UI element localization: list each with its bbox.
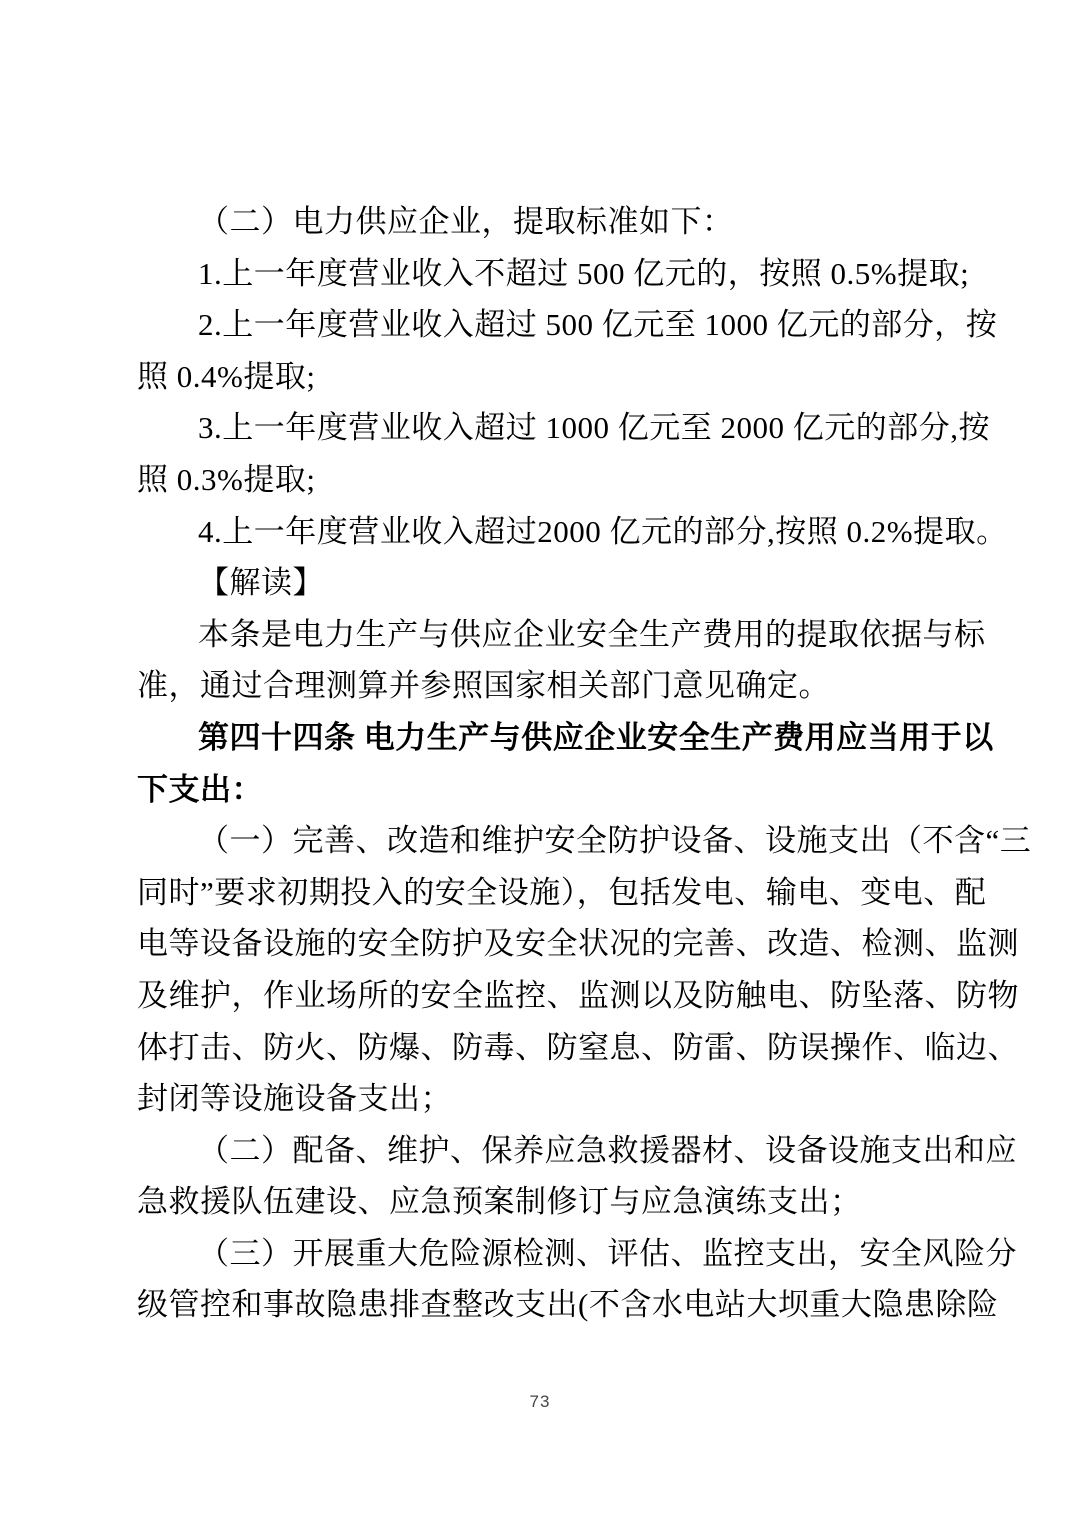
text-line: 封闭等设施设备支出； <box>137 1073 957 1125</box>
text-line: 准，通过合理测算并参照国家相关部门意见确定。 <box>137 660 957 712</box>
text-line: 照 0.4%提取; <box>137 351 957 403</box>
text-line: 第四十四条 电力生产与供应企业安全生产费用应当用于以 <box>137 712 957 764</box>
paragraph: （三）开展重大危险源检测、评估、监控支出，安全风险分级管控和事故隐患排查整改支出… <box>137 1228 957 1331</box>
text-line: （二）电力供应企业，提取标准如下： <box>137 196 957 248</box>
paragraph: （二）电力供应企业，提取标准如下： <box>137 196 957 248</box>
document-page: （二）电力供应企业，提取标准如下：1.上一年度营业收入不超过 500 亿元的，按… <box>0 0 1080 1527</box>
text-line: 3.上一年度营业收入超过 1000 亿元至 2000 亿元的部分,按 <box>137 402 957 454</box>
text-line: 电等设备设施的安全防护及安全状况的完善、改造、检测、监测 <box>137 918 957 970</box>
text-line: 4.上一年度营业收入超过2000 亿元的部分,按照 0.2%提取。 <box>137 506 957 558</box>
text-line: 下支出： <box>137 764 957 816</box>
text-line: 急救援队伍建设、应急预案制修订与应急演练支出； <box>137 1176 957 1228</box>
paragraph: 第四十四条 电力生产与供应企业安全生产费用应当用于以下支出： <box>137 712 957 815</box>
text-line: 【解读】 <box>137 557 957 609</box>
paragraph: （二）配备、维护、保养应急救援器材、设备设施支出和应急救援队伍建设、应急预案制修… <box>137 1125 957 1228</box>
paragraph: 【解读】 <box>137 557 957 609</box>
text-line: （一）完善、改造和维护安全防护设备、设施支出（不含“三 <box>137 815 957 867</box>
text-line: （三）开展重大危险源检测、评估、监控支出，安全风险分 <box>137 1228 957 1280</box>
text-line: 2.上一年度营业收入超过 500 亿元至 1000 亿元的部分，按 <box>137 299 957 351</box>
paragraph: 2.上一年度营业收入超过 500 亿元至 1000 亿元的部分，按照 0.4%提… <box>137 299 957 402</box>
text-line: 1.上一年度营业收入不超过 500 亿元的，按照 0.5%提取; <box>137 248 957 300</box>
paragraph: 4.上一年度营业收入超过2000 亿元的部分,按照 0.2%提取。 <box>137 506 957 558</box>
document-body: （二）电力供应企业，提取标准如下：1.上一年度营业收入不超过 500 亿元的，按… <box>137 196 957 1331</box>
paragraph: 本条是电力生产与供应企业安全生产费用的提取依据与标准，通过合理测算并参照国家相关… <box>137 609 957 712</box>
text-line: 及维护，作业场所的安全监控、监测以及防触电、防坠落、防物 <box>137 970 957 1022</box>
text-line: 本条是电力生产与供应企业安全生产费用的提取依据与标 <box>137 609 957 661</box>
paragraph: 3.上一年度营业收入超过 1000 亿元至 2000 亿元的部分,按照 0.3%… <box>137 402 957 505</box>
text-line: 级管控和事故隐患排查整改支出(不含水电站大坝重大隐患除险 <box>137 1279 957 1331</box>
text-line: 同时”要求初期投入的安全设施），包括发电、输电、变电、配 <box>137 867 957 919</box>
text-line: 体打击、防火、防爆、防毒、防窒息、防雷、防误操作、临边、 <box>137 1022 957 1074</box>
paragraph: （一）完善、改造和维护安全防护设备、设施支出（不含“三同时”要求初期投入的安全设… <box>137 815 957 1125</box>
paragraph: 1.上一年度营业收入不超过 500 亿元的，按照 0.5%提取; <box>137 248 957 300</box>
page-number: 73 <box>0 1392 1080 1412</box>
text-line: （二）配备、维护、保养应急救援器材、设备设施支出和应 <box>137 1125 957 1177</box>
text-line: 照 0.3%提取; <box>137 454 957 506</box>
